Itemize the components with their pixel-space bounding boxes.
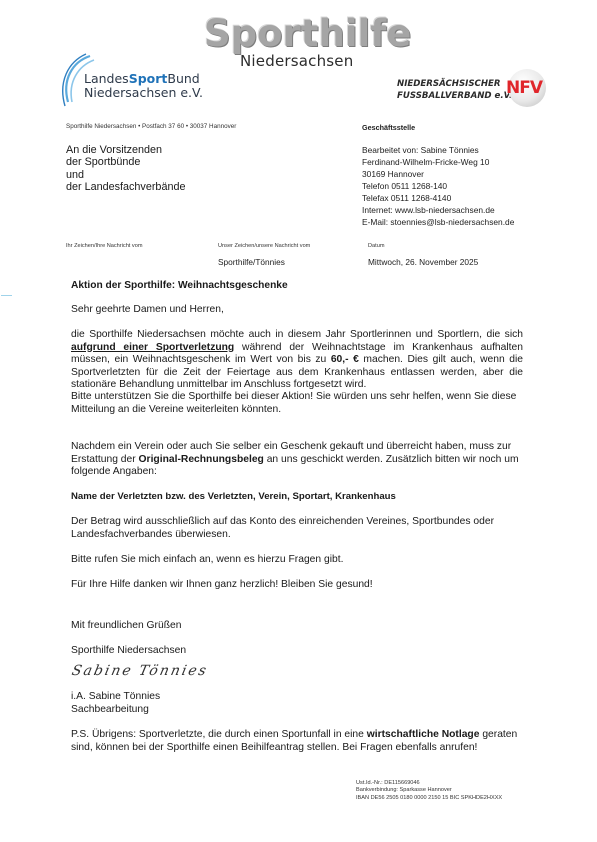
salutation: Sehr geehrte Damen und Herren, [71,304,523,317]
footer-bank: Bankverbindung: Sparkasse Hannover [356,787,502,794]
recipient-line: der Landesfachverbände [66,181,185,193]
recipient-line: der Sportbünde [66,156,185,168]
paragraph-6: Für Ihre Hilfe danken wir Ihnen ganz her… [71,579,523,592]
recipient-line: und [66,169,185,181]
sporthilfe-logo-subtitle: Niedersachsen [240,52,353,70]
date-value: Mittwoch, 26. November 2025 [368,257,478,267]
footer-bank-info: Ust.Id.-Nr.: DE115669046 Bankverbindung:… [356,780,502,802]
sender-line: Sporthilfe Niedersachsen • Postfach 37 6… [66,123,236,130]
office-contact: Bearbeitet von: Sabine Tönnies Ferdinand… [362,144,514,228]
closing: Mit freundlichen Grüßen [71,620,523,633]
office-website[interactable]: Internet: www.lsb-niedersachsen.de [362,204,514,216]
office-heading: Geschäftsstelle [362,123,415,132]
recipient-address: An die Vorsitzenden der Sportbünde und d… [66,144,185,193]
nfv-logo-line2: FUSSBALLVERBAND e.V. [397,91,512,101]
office-line: 30169 Hannover [362,168,514,180]
office-line: Bearbeitet von: Sabine Tönnies [362,144,514,156]
office-line: Telefon 0511 1268-140 [362,180,514,192]
paragraph-3: Nachdem ein Verein oder auch Sie selber … [71,441,523,479]
signer-name: i.A. Sabine Tönnies [71,691,523,704]
letter-subject: Aktion der Sporthilfe: Weihnachtsgeschen… [71,280,288,291]
paragraph-4: Der Betrag wird ausschließlich auf das K… [71,516,523,541]
office-line: Telefax 0511 1268-4140 [362,192,514,204]
our-reference-label: Unser Zeichen/unsere Nachricht vom [218,243,310,249]
recipient-line: An die Vorsitzenden [66,144,185,156]
paragraph-5: Bitte rufen Sie mich einfach an, wenn es… [71,554,523,567]
nfv-badge: NFV [506,78,542,98]
signer-role: Sachbearbeitung [71,704,523,717]
lsb-logo-line1: LandesSportBund [84,72,200,86]
our-reference-value: Sporthilfe/Tönnies [218,257,285,267]
footer-vat-id: Ust.Id.-Nr.: DE115669046 [356,780,502,787]
postscript: P.S. Übrigens: Sportverletzte, die durch… [71,729,523,754]
paragraph-1: die Sporthilfe Niedersachsen möchte auch… [71,329,523,392]
lsb-logo-line2: Niedersachsen e.V. [84,86,203,100]
signature: Sabine Tönnies [70,663,209,679]
fold-mark [1,295,12,296]
required-info: Name der Verletzten bzw. des Verletzten,… [71,491,523,504]
paragraph-2: Bitte unterstützen Sie die Sporthilfe be… [71,391,523,416]
organization: Sporthilfe Niedersachsen [71,645,523,658]
office-email[interactable]: E-Mail: stoennies@lsb-niedersachsen.de [362,216,514,228]
office-line: Ferdinand-Wilhelm-Fricke-Weg 10 [362,156,514,168]
your-reference-label: Ihr Zeichen/Ihre Nachricht vom [66,243,142,249]
footer-iban: IBAN DE56 2505 0180 0000 2150 15 BIC SPK… [356,795,502,802]
sporthilfe-logo-title: Sporthilfe [204,14,411,54]
date-label: Datum [368,243,384,249]
nfv-logo-line1: NIEDERSÄCHSISCHER [397,79,501,89]
